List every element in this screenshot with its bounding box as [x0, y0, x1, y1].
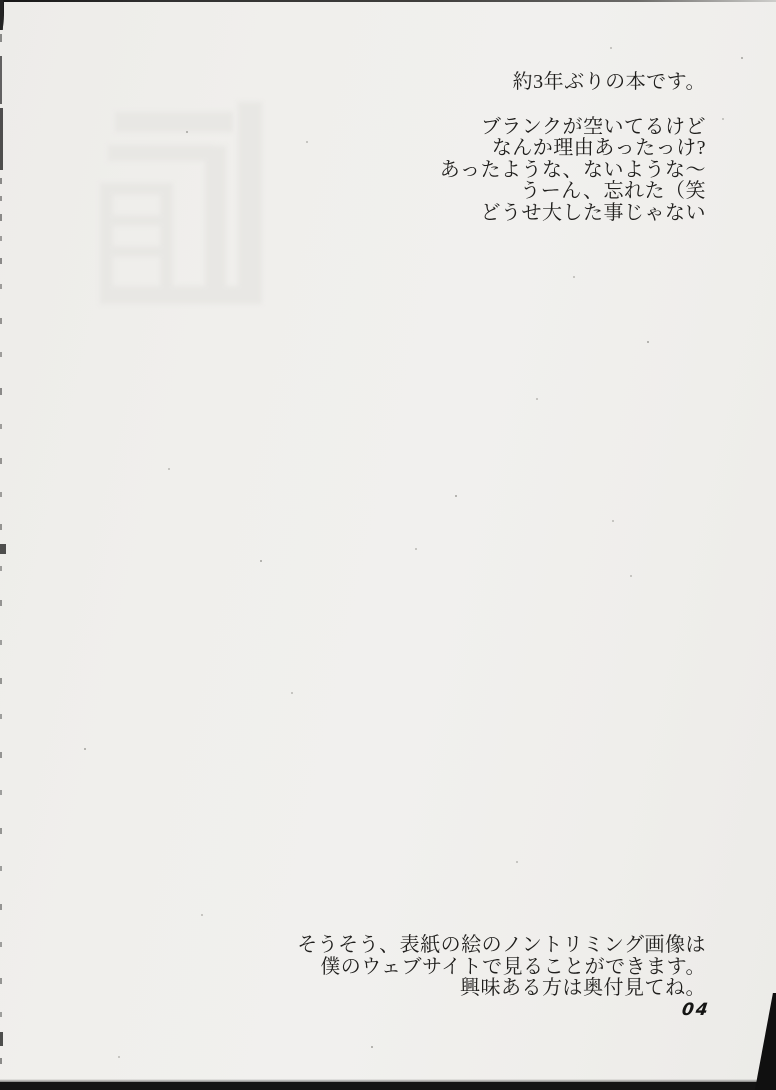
top-note-line: なんか理由あったっけ? [440, 138, 706, 160]
left-edge-tick [0, 34, 2, 42]
bottom-note-line: 僕のウェブサイトで見ることができます。 [297, 957, 706, 979]
left-edge-tick [0, 352, 2, 357]
bottom-note-line: そうそう、表紙の絵のノントリミング画像は [297, 935, 706, 957]
watermark-stroke [100, 183, 113, 300]
left-edge-tick [0, 904, 2, 910]
left-edge-tick [0, 424, 2, 429]
bottom-note: そうそう、表紙の絵のノントリミング画像は 僕のウェブサイトで見ることができます。… [297, 935, 706, 1000]
left-edge-tick [0, 790, 2, 795]
left-edge-tick [0, 640, 2, 645]
left-edge-tick [0, 258, 2, 264]
top-note-line: 約3年ぶりの本です。 [440, 72, 706, 94]
watermark-stroke [238, 102, 262, 298]
scan-top-edge-artifact [0, 0, 776, 2]
scan-corner-wedge-artifact [754, 993, 776, 1090]
paper-speck [0, 0, 2, 2]
top-note: 約3年ぶりの本です。 ブランクが空いてるけど なんか理由あったっけ? あったよう… [440, 72, 706, 224]
left-edge-tick [0, 236, 2, 241]
left-edge-tick [0, 1012, 2, 1017]
left-edge-tick [0, 600, 2, 606]
top-note-line: どうせ大した事じゃない [440, 203, 706, 225]
left-edge-tick [0, 1032, 3, 1046]
left-edge-tick [0, 942, 2, 947]
watermark-stroke [100, 286, 262, 304]
left-edge-tick [0, 752, 2, 758]
left-edge-tick [0, 866, 2, 871]
top-note-line: ブランクが空いてるけど [440, 117, 706, 139]
top-note-line: あったような、ないような〜 [440, 160, 706, 182]
watermark-stroke [160, 183, 173, 300]
left-edge-tick [0, 524, 2, 530]
left-edge-tick [0, 318, 2, 324]
scan-left-edge-artifact [0, 0, 10, 1090]
watermark-stroke [104, 215, 168, 226]
scan-bottom-edge-artifact [0, 1082, 776, 1090]
watermark-stroke [104, 246, 168, 257]
watermark-stroke [100, 183, 173, 195]
scanned-page: 約3年ぶりの本です。 ブランクが空いてるけど なんか理由あったっけ? あったよう… [0, 0, 776, 1090]
left-edge-tick [0, 178, 2, 184]
left-edge-tick [0, 492, 2, 497]
left-edge-tick [0, 108, 3, 170]
watermark-stroke [108, 145, 214, 161]
watermark-stroke [115, 112, 233, 132]
left-edge-tick [0, 458, 2, 464]
left-edge-tick [0, 544, 6, 554]
left-edge-tick [0, 678, 2, 684]
left-edge-tick [0, 978, 2, 984]
left-edge-tick [0, 56, 2, 104]
left-edge-tick [0, 0, 3, 30]
left-edge-tick [0, 828, 2, 834]
left-edge-tick [0, 214, 2, 221]
left-edge-tick [0, 284, 2, 289]
left-edge-tick [0, 566, 2, 571]
top-note-line: うーん、忘れた（笑 [440, 181, 706, 203]
page-number: 04 [681, 1000, 711, 1020]
left-edge-tick [0, 196, 2, 201]
watermark-stroke [205, 146, 226, 298]
bottom-note-line: 興味ある方は奥付見てね。 [297, 978, 706, 1000]
left-edge-tick [0, 714, 2, 719]
left-edge-tick [0, 388, 2, 395]
left-edge-tick [0, 1058, 2, 1064]
